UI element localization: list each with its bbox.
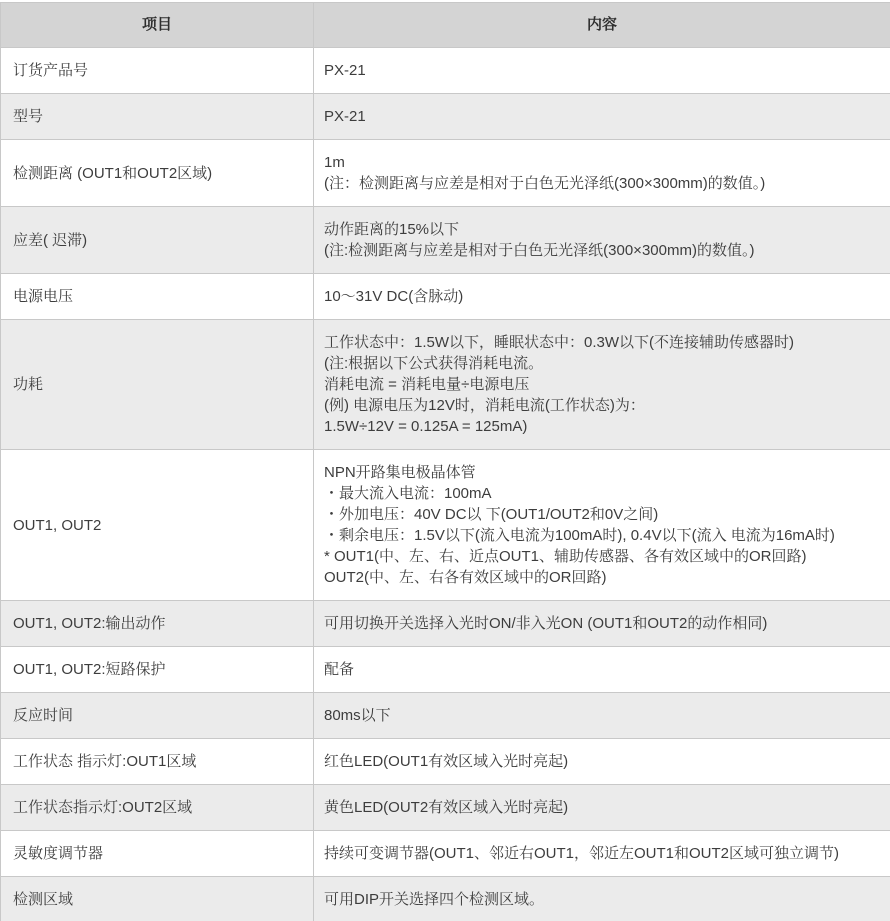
content-cell: 可用DIP开关选择四个检测区域。	[314, 877, 890, 921]
content-cell: 红色LED(OUT1有效区域入光时亮起)	[314, 739, 890, 785]
content-line: ・外加电压：40V DC以 下(OUT1/OUT2和0V之间)	[324, 504, 880, 525]
spec-row: OUT1, OUT2:输出动作 可用切换开关选择入光时ON/非入光ON (OUT…	[1, 601, 890, 647]
content-line: (注:检测距离与应差是相对于白色无光泽纸(300×300mm)的数值。)	[324, 240, 880, 261]
item-cell: 检测区域	[1, 877, 314, 921]
item-cell: 功耗	[1, 320, 314, 450]
spec-row: 工作状态 指示灯:OUT1区域 红色LED(OUT1有效区域入光时亮起)	[1, 739, 890, 785]
content-line: (注:根据以下公式获得消耗电流。	[324, 353, 880, 374]
content-cell: PX-21	[314, 48, 890, 94]
item-cell: OUT1, OUT2	[1, 450, 314, 601]
item-cell: 工作状态指示灯:OUT2区域	[1, 785, 314, 831]
content-cell: PX-21	[314, 94, 890, 140]
content-line: 配备	[324, 659, 880, 680]
content-cell: 动作距离的15%以下(注:检测距离与应差是相对于白色无光泽纸(300×300mm…	[314, 207, 890, 274]
item-cell: 反应时间	[1, 693, 314, 739]
spec-row: 型号 PX-21	[1, 94, 890, 140]
content-cell: 配备	[314, 647, 890, 693]
content-line: NPN开路集电极晶体管	[324, 462, 880, 483]
content-line: 80ms以下	[324, 705, 880, 726]
content-cell: 1m(注：检测距离与应差是相对于白色无光泽纸(300×300mm)的数值。)	[314, 140, 890, 207]
content-line: 工作状态中：1.5W以下，睡眠状态中：0.3W以下(不连接辅助传感器时)	[324, 332, 880, 353]
header-content: 内容	[314, 3, 890, 48]
spec-row: 检测距离 (OUT1和OUT2区域) 1m(注：检测距离与应差是相对于白色无光泽…	[1, 140, 890, 207]
content-cell: 黄色LED(OUT2有效区域入光时亮起)	[314, 785, 890, 831]
content-line: ・最大流入电流：100mA	[324, 483, 880, 504]
item-cell: 型号	[1, 94, 314, 140]
content-cell: NPN开路集电极晶体管・最大流入电流：100mA・外加电压：40V DC以 下(…	[314, 450, 890, 601]
content-line: 黄色LED(OUT2有效区域入光时亮起)	[324, 797, 880, 818]
content-line: PX-21	[324, 60, 880, 81]
item-cell: 电源电压	[1, 274, 314, 320]
content-line: PX-21	[324, 106, 880, 127]
item-cell: OUT1, OUT2:输出动作	[1, 601, 314, 647]
spec-row: 电源电压 10～31V DC(含脉动)	[1, 274, 890, 320]
spec-row: 检测区域 可用DIP开关选择四个检测区域。	[1, 877, 890, 921]
content-cell: 持续可变调节器(OUT1、邻近右OUT1，邻近左OUT1和OUT2区域可独立调节…	[314, 831, 890, 877]
item-cell: 检测距离 (OUT1和OUT2区域)	[1, 140, 314, 207]
item-cell: 工作状态 指示灯:OUT1区域	[1, 739, 314, 785]
spec-row: 订货产品号 PX-21	[1, 48, 890, 94]
item-cell: 灵敏度调节器	[1, 831, 314, 877]
content-line: * OUT1(中、左、右、近点OUT1、辅助传感器、各有效区域中的OR回路)	[324, 546, 880, 567]
spec-row: 反应时间 80ms以下	[1, 693, 890, 739]
content-line: OUT2(中、左、右各有效区域中的OR回路)	[324, 567, 880, 588]
spec-row: OUT1, OUT2 NPN开路集电极晶体管・最大流入电流：100mA・外加电压…	[1, 450, 890, 601]
header-item: 项目	[1, 3, 314, 48]
content-cell: 10～31V DC(含脉动)	[314, 274, 890, 320]
item-cell: 订货产品号	[1, 48, 314, 94]
spec-table-body: 订货产品号 PX-21 型号 PX-21 检测距离 (OUT1和OUT2区域) …	[1, 48, 890, 921]
content-line: ・剩余电压：1.5V以下(流入电流为100mA时), 0.4V以下(流入 电流为…	[324, 525, 880, 546]
content-line: (注：检测距离与应差是相对于白色无光泽纸(300×300mm)的数值。)	[324, 173, 880, 194]
item-cell: OUT1, OUT2:短路保护	[1, 647, 314, 693]
content-cell: 80ms以下	[314, 693, 890, 739]
content-line: 可用DIP开关选择四个检测区域。	[324, 889, 880, 910]
header-row: 项目 内容	[1, 3, 890, 48]
content-line: 持续可变调节器(OUT1、邻近右OUT1，邻近左OUT1和OUT2区域可独立调节…	[324, 843, 880, 864]
item-cell: 应差( 迟滞)	[1, 207, 314, 274]
content-line: 1m	[324, 152, 880, 173]
content-line: 1.5W÷12V = 0.125A = 125mA)	[324, 416, 880, 437]
spec-row: 功耗 工作状态中：1.5W以下，睡眠状态中：0.3W以下(不连接辅助传感器时)(…	[1, 320, 890, 450]
spec-row: 工作状态指示灯:OUT2区域 黄色LED(OUT2有效区域入光时亮起)	[1, 785, 890, 831]
content-line: 动作距离的15%以下	[324, 219, 880, 240]
content-cell: 工作状态中：1.5W以下，睡眠状态中：0.3W以下(不连接辅助传感器时)(注:根…	[314, 320, 890, 450]
content-line: 消耗电流 = 消耗电量÷电源电压	[324, 374, 880, 395]
content-line: (例) 电源电压为12V时，消耗电流(工作状态)为：	[324, 395, 880, 416]
content-line: 可用切换开关选择入光时ON/非入光ON (OUT1和OUT2的动作相同)	[324, 613, 880, 634]
content-line: 10～31V DC(含脉动)	[324, 286, 880, 307]
spec-row: OUT1, OUT2:短路保护 配备	[1, 647, 890, 693]
spec-row: 灵敏度调节器 持续可变调节器(OUT1、邻近右OUT1，邻近左OUT1和OUT2…	[1, 831, 890, 877]
content-line: 红色LED(OUT1有效区域入光时亮起)	[324, 751, 880, 772]
content-cell: 可用切换开关选择入光时ON/非入光ON (OUT1和OUT2的动作相同)	[314, 601, 890, 647]
spec-row: 应差( 迟滞) 动作距离的15%以下(注:检测距离与应差是相对于白色无光泽纸(3…	[1, 207, 890, 274]
spec-table: 项目 内容 订货产品号 PX-21 型号 PX-21 检测距离 (OUT1和OU…	[0, 2, 890, 921]
